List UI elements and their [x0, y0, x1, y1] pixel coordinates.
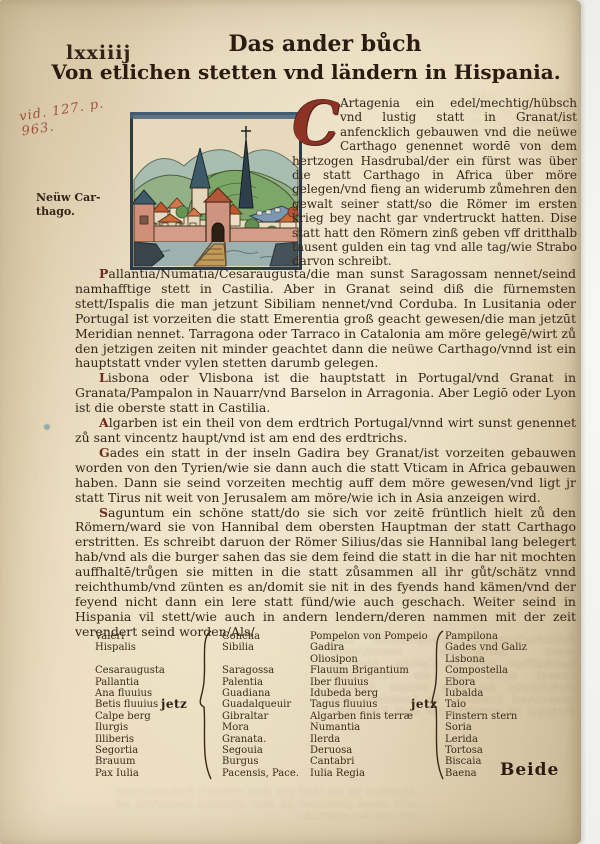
paragraph-saguntum: Saguntum ein schöne statt/do sie sich vo… [75, 506, 576, 640]
place-name-item: Valeri [95, 631, 165, 642]
place-name-item: Taio [445, 699, 527, 710]
place-name-item: Segortia [95, 745, 165, 756]
place-name-item: Mora [222, 722, 299, 733]
new-names-column-1: ConchaSibiliaSaragossaPalentiaGuadianaGu… [222, 631, 299, 779]
place-name-item: Hispalis [95, 642, 165, 653]
place-name-item: Numantia [310, 722, 428, 733]
place-name-item: Lerida [445, 734, 527, 745]
place-name-item: Iber fluuius [310, 677, 428, 688]
scanned-book-page: lxxiiij Das ander bůch Von etlichen stet… [0, 0, 581, 844]
place-name-item: Saragossa [222, 665, 299, 676]
place-name-item: Pampilona [445, 631, 527, 642]
curly-brace-icon [425, 629, 447, 781]
place-name-item: Gadira [310, 642, 428, 653]
place-name-item: Gibraltar [222, 711, 299, 722]
place-name-item: Betis fluuius [95, 699, 165, 710]
place-name-item: Deruosa [310, 745, 428, 756]
place-name-item: Palentia [222, 677, 299, 688]
place-name-item: Cesaraugusta [95, 665, 165, 676]
place-name-item: Ilerda [310, 734, 428, 745]
place-name-item: Finstern stern [445, 711, 527, 722]
paragraph-lisbona: Lisbona oder Vlisbona ist die hauptstatt… [75, 371, 576, 416]
page-title: Das ander bůch [60, 31, 590, 57]
old-names-column-1: ValeriHispalisCesaraugustaPallantiaAna f… [95, 631, 165, 779]
paragraph-gades: Gades ein statt in der inseln Gadira bey… [75, 446, 576, 506]
jetz-label-1: jetz [161, 697, 187, 711]
place-name-item: Algarben finis terræ [310, 711, 428, 722]
place-name-item: Flauum Brigantium [310, 665, 428, 676]
place-name-item: Ebora [445, 677, 527, 688]
place-name-item: Pacensis, Pace. [222, 768, 299, 779]
margin-note-line: Neüw Car- [36, 191, 106, 205]
verso-bleedthrough: Algarben ist ein theil von dem erdtrich … [116, 786, 416, 826]
place-name-item: Illiberis [95, 734, 165, 745]
place-name-item: Ilurgis [95, 722, 165, 733]
paragraph-cartagenia: CArtagenia ein edel/mechtig/hübsch vnd l… [292, 96, 577, 269]
old-names-column-2: Pompelon von PompeioGadiraOliosiponFlauu… [310, 631, 428, 779]
place-name-item: Cantabri [310, 756, 428, 767]
place-name-item: Iulia Regia [310, 768, 428, 779]
chapter-heading: Von etlichen stetten vnd ländern in Hisp… [20, 60, 592, 84]
place-name-item: Gades vnd Galiz [445, 642, 527, 653]
place-name-item: Pompelon von Pompeio [310, 631, 428, 642]
rubricated-initial: C [292, 98, 336, 150]
place-name-item: Ana fluuius [95, 688, 165, 699]
place-name-item: Lisbona [445, 654, 527, 665]
handwritten-margin-note: vid. 127. p. 963. [18, 93, 131, 140]
place-name-item: Iubalda [445, 688, 527, 699]
paragraph-pallantia: Pallantia/Numātia/Cesaraugusta/die man s… [75, 267, 576, 371]
place-name-item: Burgus [222, 756, 299, 767]
place-name-item: Sibilia [222, 642, 299, 653]
place-name-item: Segouia [222, 745, 299, 756]
place-name-item: Calpe berg [95, 711, 165, 722]
place-name-item: Granata. [222, 734, 299, 745]
curly-brace-icon [193, 629, 215, 781]
place-name-item [95, 654, 165, 665]
place-name-item: Soria [445, 722, 527, 733]
place-name-item: Guadalqueuir [222, 699, 299, 710]
place-name-item: Compostella [445, 665, 527, 676]
woodcut-city-view-illustration [130, 112, 302, 270]
place-name-item: Oliosipon [310, 654, 428, 665]
margin-note-line: thago. [36, 205, 106, 219]
place-name-item: Tortosa [445, 745, 527, 756]
new-names-column-2: PampilonaGades vnd GalizLisbonaCompostel… [445, 631, 527, 779]
place-name-item: Brauum [95, 756, 165, 767]
paragraph-algarben: Algarben ist ein theil von dem erdtrich … [75, 416, 576, 446]
place-name-item [222, 654, 299, 665]
printed-margin-note: Neüw Car- thago. [36, 191, 106, 219]
place-name-item: Guadiana [222, 688, 299, 699]
place-name-item: Concha [222, 631, 299, 642]
place-name-item: Pallantia [95, 677, 165, 688]
place-name-item: Pax Iulia [95, 768, 165, 779]
main-text-block: Pallantia/Numātia/Cesaraugusta/die man s… [75, 267, 576, 640]
catchword: Beide [500, 760, 559, 780]
place-name-item: Idubeda berg [310, 688, 428, 699]
place-name-item: Tagus fluuius [310, 699, 428, 710]
